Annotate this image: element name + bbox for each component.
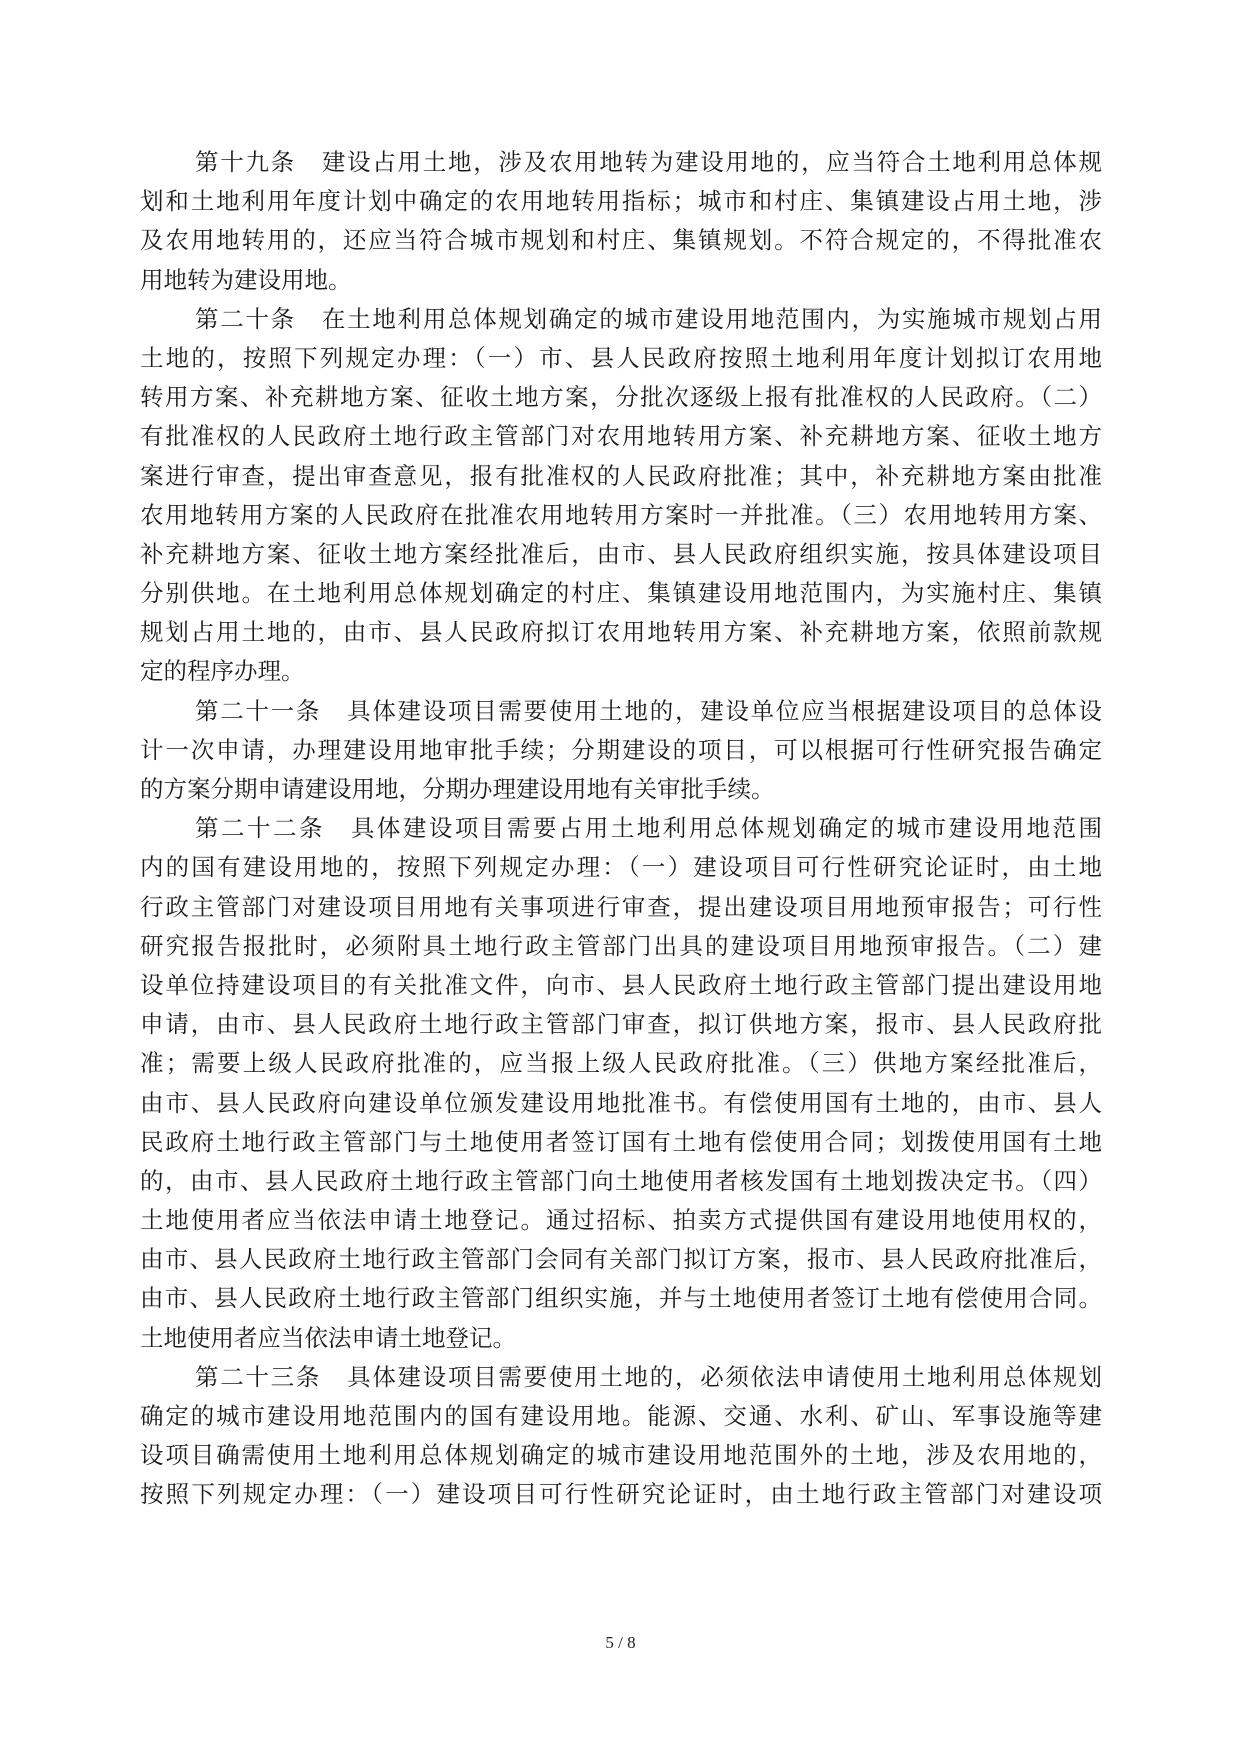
text-line: 案进行审查，提出审查意见，报有批准权的人民政府批准；其中，补充耕地方案由批准 (140, 457, 1102, 496)
text-line: 补充耕地方案、征收土地方案经批准后，由市、县人民政府组织实施，按具体建设项目 (140, 535, 1102, 574)
text-line: 计一次申请，办理建设用地审批手续；分期建设的项目，可以根据可行性研究报告确定 (140, 731, 1102, 770)
article-21: 第二十一条具体建设项目需要使用土地的，建设单位应当根据建设项目的总体设 计一次申… (140, 692, 1102, 810)
text-line: 及农用地转用的，还应当符合城市规划和村庄、集镇规划。不符合规定的，不得批准农 (140, 221, 1102, 260)
article-22: 第二十二条具体建设项目需要占用土地利用总体规划确定的城市建设用地范围 内的国有建… (140, 809, 1102, 1358)
text-line: 由市、县人民政府土地行政主管部门会同有关部门拟订方案，报市、县人民政府批准后， (140, 1240, 1102, 1279)
text-line: 用地转为建设用地。 (140, 261, 1102, 300)
article-number: 第二十一条 (195, 697, 321, 725)
text-line: 民政府土地行政主管部门与土地使用者签订国有土地有偿使用合同；划拨使用国有土地 (140, 1123, 1102, 1162)
article-20: 第二十条在土地利用总体规划确定的城市建设用地范围内，为实施城市规划占用 土地的，… (140, 300, 1102, 692)
text-line: 土地使用者应当依法申请土地登记。 (140, 1319, 1102, 1358)
text-line: 第二十二条具体建设项目需要占用土地利用总体规划确定的城市建设用地范围 (140, 809, 1102, 848)
text-line: 农用地转用方案的人民政府在批准农用地转用方案时一并批准。（三）农用地转用方案、 (140, 496, 1102, 535)
text-line: 申请，由市、县人民政府土地行政主管部门审查，拟订供地方案，报市、县人民政府批 (140, 1005, 1102, 1044)
text-line: 转用方案、补充耕地方案、征收土地方案，分批次逐级上报有批准权的人民政府。（二） (140, 378, 1102, 417)
page-number: 5 / 8 (0, 1633, 1241, 1653)
text-line: 第二十一条具体建设项目需要使用土地的，建设单位应当根据建设项目的总体设 (140, 692, 1102, 731)
text-line: 内的国有建设用地的，按照下列规定办理：（一）建设项目可行性研究论证时，由土地 (140, 848, 1102, 887)
text-line: 的，由市、县人民政府土地行政主管部门向土地使用者核发国有土地划拨决定书。（四） (140, 1162, 1102, 1201)
article-number: 第十九条 (195, 148, 296, 176)
text-line: 由市、县人民政府向建设单位颁发建设用地批准书。有偿使用国有土地的，由市、县人 (140, 1084, 1102, 1123)
text-line: 第二十三条具体建设项目需要使用土地的，必须依法申请使用土地利用总体规划 (140, 1358, 1102, 1397)
text-line: 土地的，按照下列规定办理：（一）市、县人民政府按照土地利用年度计划拟订农用地 (140, 339, 1102, 378)
text-line: 设项目确需使用土地利用总体规划确定的城市建设用地范围外的土地，涉及农用地的， (140, 1436, 1102, 1475)
text-line: 的方案分期申请建设用地，分期办理建设用地有关审批手续。 (140, 770, 1102, 809)
text-line: 划和土地利用年度计划中确定的农用地转用指标；城市和村庄、集镇建设占用土地，涉 (140, 182, 1102, 221)
text-line: 由市、县人民政府土地行政主管部门组织实施，并与土地使用者签订土地有偿使用合同。 (140, 1279, 1102, 1318)
article-19: 第十九条建设占用土地，涉及农用地转为建设用地的，应当符合土地利用总体规 划和土地… (140, 143, 1102, 300)
text-line: 确定的城市建设用地范围内的国有建设用地。能源、交通、水利、矿山、军事设施等建 (140, 1397, 1102, 1436)
article-number: 第二十二条 (195, 814, 325, 842)
text-line: 规划占用土地的，由市、县人民政府拟订农用地转用方案、补充耕地方案，依照前款规 (140, 613, 1102, 652)
article-23: 第二十三条具体建设项目需要使用土地的，必须依法申请使用土地利用总体规划 确定的城… (140, 1358, 1102, 1515)
text-line: 设单位持建设项目的有关批准文件，向市、县人民政府土地行政主管部门提出建设用地 (140, 966, 1102, 1005)
text-line: 分别供地。在土地利用总体规划确定的村庄、集镇建设用地范围内，为实施村庄、集镇 (140, 574, 1102, 613)
text-line: 行政主管部门对建设项目用地有关事项进行审查，提出建设项目用地预审报告；可行性 (140, 888, 1102, 927)
text-line: 土地使用者应当依法申请土地登记。通过招标、拍卖方式提供国有建设用地使用权的， (140, 1201, 1102, 1240)
text-line: 有批准权的人民政府土地行政主管部门对农用地转用方案、补充耕地方案、征收土地方 (140, 417, 1102, 456)
text-line: 第二十条在土地利用总体规划确定的城市建设用地范围内，为实施城市规划占用 (140, 300, 1102, 339)
document-page: 第十九条建设占用土地，涉及农用地转为建设用地的，应当符合土地利用总体规 划和土地… (140, 143, 1102, 1515)
article-number: 第二十三条 (195, 1363, 321, 1391)
text-line: 定的程序办理。 (140, 652, 1102, 691)
text-line: 准；需要上级人民政府批准的，应当报上级人民政府批准。（三）供地方案经批准后， (140, 1044, 1102, 1083)
text-line: 第十九条建设占用土地，涉及农用地转为建设用地的，应当符合土地利用总体规 (140, 143, 1102, 182)
text-line: 研究报告报批时，必须附具土地行政主管部门出具的建设项目用地预审报告。（二）建 (140, 927, 1102, 966)
text-line: 按照下列规定办理：（一）建设项目可行性研究论证时，由土地行政主管部门对建设项 (140, 1475, 1102, 1514)
article-number: 第二十条 (195, 305, 296, 333)
